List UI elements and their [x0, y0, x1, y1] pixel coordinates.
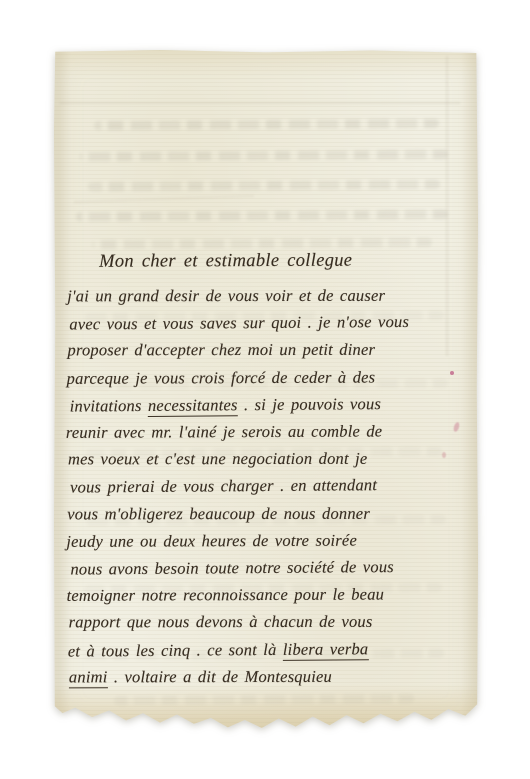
underlined-text: libera verba	[283, 639, 369, 661]
underlined-text: animi	[69, 667, 108, 688]
letter-line: reunir avec mr. l'ainé je serois au comb…	[66, 417, 468, 446]
line-text: temoigner notre reconnoissance pour le b…	[67, 585, 385, 605]
letter-sheet-wrap: Mon cher et estimable collegue j'ai un g…	[54, 50, 478, 728]
letter-line: jeudy une ou deux heures de votre soirée	[66, 526, 468, 555]
letter-text: Mon cher et estimable collegue j'ai un g…	[65, 246, 469, 691]
salutation: Mon cher et estimable collegue	[99, 246, 467, 276]
letter-line: temoigner notre reconnoissance pour le b…	[66, 580, 468, 609]
letter-line: invitations necessitantes . si je pouvoi…	[70, 389, 468, 419]
letter-line: animi . voltaire a dit de Montesquieu	[69, 662, 469, 690]
line-text: . si je pouvois vous	[238, 394, 382, 414]
underlined-text: necessitantes	[148, 395, 238, 417]
bleedthrough-line	[94, 119, 439, 130]
letter-line: nous avons besoin toute notre société de…	[70, 552, 468, 582]
line-text: mes voeux et c'est une negociation dont …	[68, 449, 368, 469]
letter-line: vous m'obligerez beaucoup de nous donner	[67, 499, 468, 527]
line-text: vous m'obligerez beaucoup de nous donner	[67, 503, 370, 523]
letter-line: parceque je vous crois forcé de ceder à …	[67, 363, 468, 392]
line-text: invitations	[70, 396, 148, 416]
line-text: reunir avec mr. l'ainé je serois au comb…	[66, 422, 383, 442]
line-text: et à tous les cinq . ce sont là	[68, 640, 283, 661]
letter-sheet: Mon cher et estimable collegue j'ai un g…	[54, 50, 478, 728]
bleedthrough-line	[76, 210, 448, 222]
letter-line: vous prierai de vous charger . en attend…	[70, 471, 468, 501]
scan-background: Mon cher et estimable collegue j'ai un g…	[0, 0, 530, 779]
line-text: rapport que nous devons à chacun de vous	[69, 612, 373, 632]
fold-crease	[74, 195, 254, 203]
letter-line: et à tous les cinq . ce sont là libera v…	[68, 634, 469, 664]
line-text: j'ai un grand desir de vous voir et de c…	[67, 286, 385, 306]
letter-line: j'ai un grand desir de vous voir et de c…	[67, 282, 467, 310]
bleedthrough-line	[80, 150, 448, 162]
line-text: avec vous et vous saves sur quoi . je n'…	[69, 312, 409, 334]
letter-line: avec vous et vous saves sur quoi . je n'…	[69, 308, 467, 338]
bleedthrough-line	[114, 694, 414, 705]
fold-crease	[60, 102, 460, 104]
line-text: jeudy une ou deux heures de votre soirée	[66, 530, 357, 550]
line-text: . voltaire a dit de Montesquieu	[107, 667, 332, 686]
line-text: parceque je vous crois forcé de ceder à …	[67, 367, 376, 387]
bleedthrough-line	[88, 180, 440, 191]
line-text: proposer d'accepter chez moi un petit di…	[67, 340, 375, 360]
line-text: nous avons besoin toute notre société de…	[70, 557, 394, 579]
letter-line: mes voeux et c'est une negociation dont …	[68, 445, 468, 473]
letter-line: rapport que nous devons à chacun de vous	[69, 608, 469, 636]
letter-line: proposer d'accepter chez moi un petit di…	[67, 336, 467, 364]
line-text: vous prierai de vous charger . en attend…	[70, 476, 377, 497]
